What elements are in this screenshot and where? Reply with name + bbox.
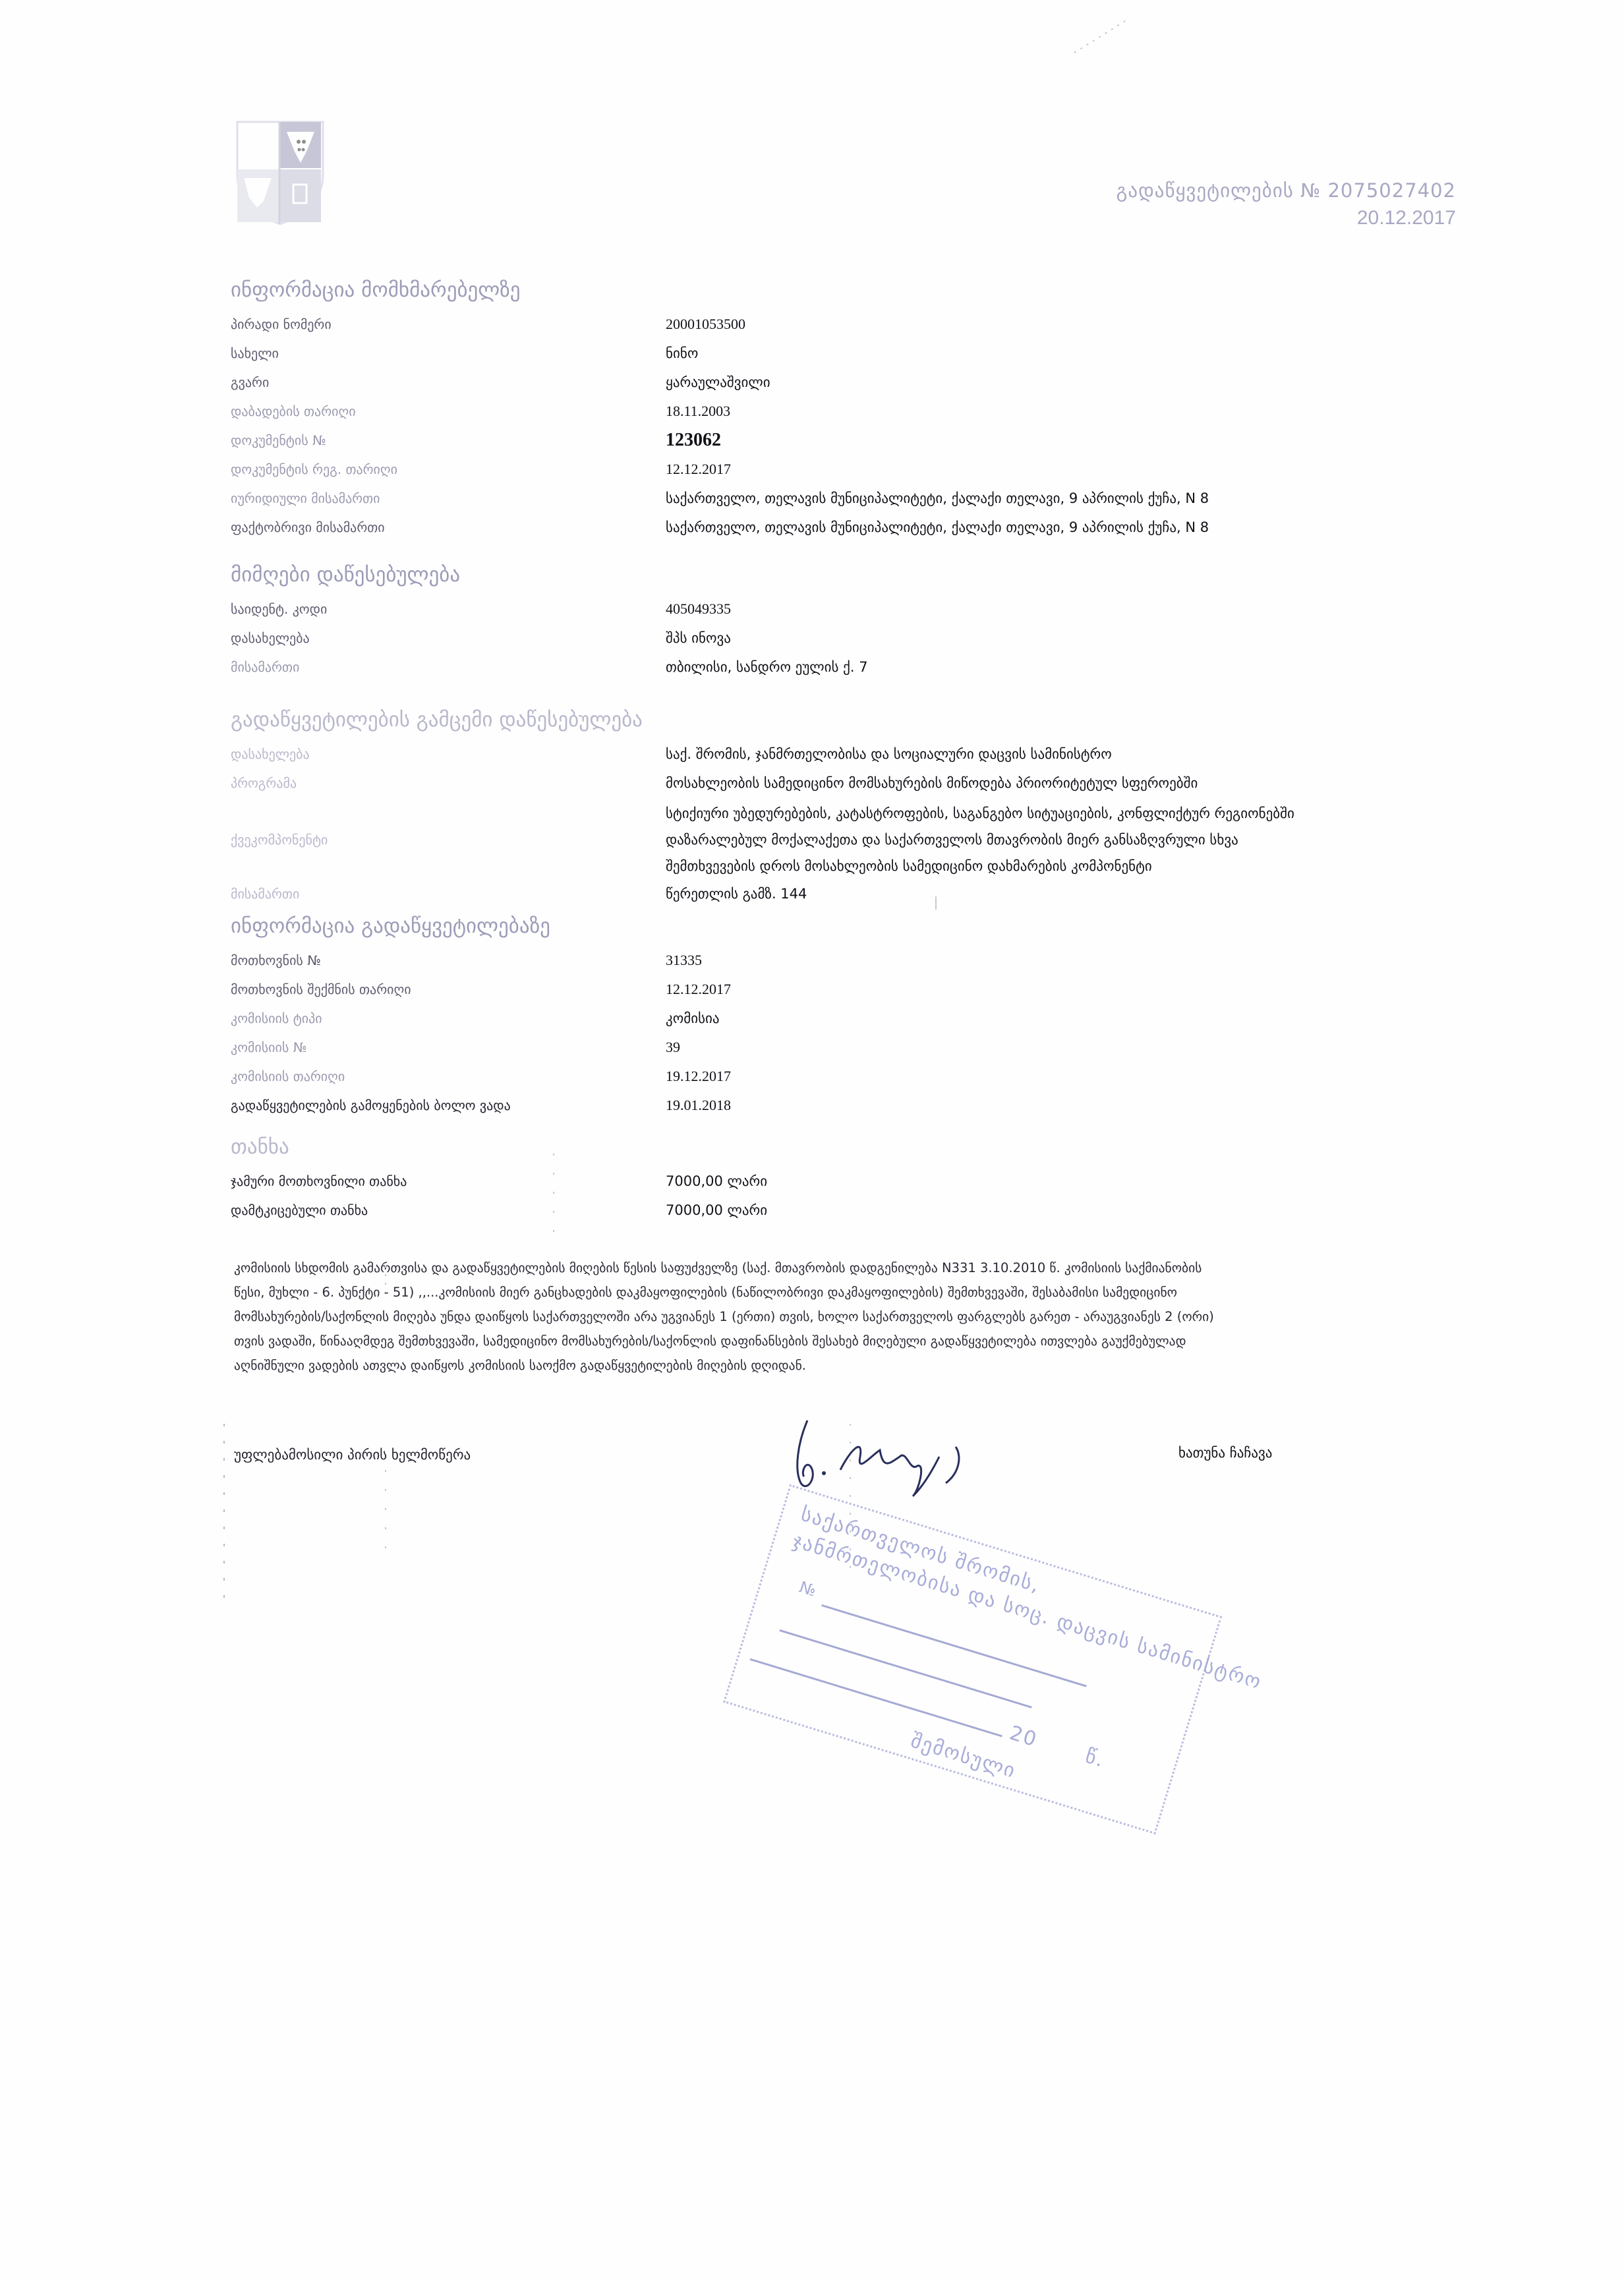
legal-paragraph: კომისიის სხდომის გამართვისა და გადაწყვეტ…: [234, 1256, 1420, 1378]
last-name-value: ყარაულაშვილი: [666, 368, 770, 397]
field-row: მოთხოვნის № 31335: [231, 946, 1417, 975]
subcomponent-line: შემთხვევების დროს მოსახლეობის სამედიცინო…: [666, 853, 1294, 879]
requested-amount-value: 7000,00 ლარი: [666, 1167, 767, 1196]
coat-of-arms-icon: [231, 115, 330, 227]
approved-amount-value: 7000,00 ლარი: [666, 1196, 767, 1225]
provider-section: მიმღები დაწესებულება საიდენტ. კოდი 40504…: [231, 560, 1417, 682]
commission-type-value: კომისია: [666, 1004, 720, 1033]
field-label: დოკუმენტის რეგ. თარიღი: [231, 455, 666, 484]
field-row: დაბადების თარიღი 18.11.2003: [231, 397, 1417, 426]
field-label: პროგრამა: [231, 769, 666, 798]
field-row: დოკუმენტის № 123062: [231, 426, 1417, 455]
legal-line: მომსახურების/საქონლის მიღება უნდა დაიწყო…: [234, 1304, 1420, 1329]
field-label: კომისიის №: [231, 1033, 666, 1062]
subcomponent-line: სტიქიური უბედურებების, კატასტროფების, სა…: [666, 800, 1294, 827]
field-label: მოთხოვნის №: [231, 946, 666, 975]
field-row: დამტკიცებული თანხა 7000,00 ლარი: [231, 1196, 1417, 1225]
legal-line: თვის ვადაში, წინააღმდეგ შემთხვევაში, სამ…: [234, 1329, 1420, 1353]
field-row: მოთხოვნის შექმნის თარიღი 12.12.2017: [231, 975, 1417, 1004]
request-number-value: 31335: [666, 946, 702, 975]
field-label: სახელი: [231, 339, 666, 368]
legal-line: წესი, მუხლი - 6. პუნქტი - 51) ,,...კომის…: [234, 1280, 1420, 1304]
field-label: პირადი ნომერი: [231, 310, 666, 339]
amount-section: თანხა ჯამური მოთხოვნილი თანხა 7000,00 ლა…: [231, 1132, 1417, 1225]
document-number-value: 123062: [666, 426, 721, 455]
field-label: გვარი: [231, 368, 666, 397]
field-row: კომისიის ტიპი კომისია: [231, 1004, 1417, 1033]
field-row: ფაქტობრივი მისამართი საქართველო, თელავის…: [231, 513, 1417, 542]
section-title: თანხა: [231, 1132, 1417, 1161]
field-label: ქვეკომპონენტი: [231, 825, 666, 854]
field-row: ჯამური მოთხოვნილი თანხა 7000,00 ლარი: [231, 1167, 1417, 1196]
field-label: დოკუმენტის №: [231, 426, 666, 455]
field-row: კომისიის თარიღი 19.12.2017: [231, 1062, 1417, 1091]
commission-number-value: 39: [666, 1033, 680, 1062]
field-label: კომისიის თარიღი: [231, 1062, 666, 1091]
legal-line: კომისიის სხდომის გამართვისა და გადაწყვეტ…: [234, 1256, 1420, 1280]
field-label: ფაქტობრივი მისამართი: [231, 513, 666, 542]
decision-header: გადაწყვეტილების № 2075027402 20.12.2017: [1116, 179, 1457, 229]
user-info-section: ინფორმაცია მომხმარებელზე პირადი ნომერი 2…: [231, 276, 1417, 542]
field-row: დასახელება შპს ინოვა: [231, 624, 1417, 653]
section-title: გადაწყვეტილების გამცემი დაწესებულება: [231, 705, 1417, 734]
decision-deadline-value: 19.01.2018: [666, 1091, 731, 1120]
commission-date-value: 19.12.2017: [666, 1062, 731, 1091]
field-row: მისამართი წერეთლის გამზ. 144: [231, 879, 1417, 908]
field-row: იურიდიული მისამართი საქართველო, თელავის …: [231, 484, 1417, 513]
document-reg-date-value: 12.12.2017: [666, 455, 731, 484]
field-label: იურიდიული მისამართი: [231, 484, 666, 513]
signer-name: ხათუნა ჩაჩავა: [1178, 1445, 1272, 1461]
program-value: მოსახლეობის სამედიცინო მომსახურების მიწო…: [666, 769, 1198, 798]
decision-section: ინფორმაცია გადაწყვეტილებაზე მოთხოვნის № …: [231, 912, 1417, 1120]
received-stamp: საქართველოს შრომის, ჯანმრთელობისა და სოც…: [691, 1476, 1206, 1851]
actual-address-value: საქართველო, თელავის მუნიციპალიტეტი, ქალა…: [666, 513, 1209, 542]
field-row: პროგრამა მოსახლეობის სამედიცინო მომსახურ…: [231, 769, 1417, 798]
field-label: მისამართი: [231, 879, 666, 908]
decision-date: 20.12.2017: [1116, 207, 1457, 229]
field-label: დასახელება: [231, 740, 666, 769]
issuer-address-value: წერეთლის გამზ. 144: [666, 879, 807, 908]
first-name-value: ნინო: [666, 339, 698, 368]
subcomponent-line: დაზარალებულ მოქალაქეთა და საქართველოს მთ…: [666, 827, 1294, 853]
provider-id-value: 405049335: [666, 595, 731, 624]
section-title: ინფორმაცია გადაწყვეტილებაზე: [231, 912, 1417, 941]
field-label: მისამართი: [231, 653, 666, 682]
field-row: ქვეკომპონენტი სტიქიური უბედურებების, კატ…: [231, 800, 1417, 879]
field-row: პირადი ნომერი 20001053500: [231, 310, 1417, 339]
request-date-value: 12.12.2017: [666, 975, 731, 1004]
issuer-name-value: საქ. შრომის, ჯანმრთელობისა და სოციალური …: [666, 740, 1112, 769]
decision-number: გადაწყვეტილების № 2075027402: [1116, 179, 1457, 202]
field-row: გვარი ყარაულაშვილი: [231, 368, 1417, 397]
issuer-section: გადაწყვეტილების გამცემი დაწესებულება დას…: [231, 705, 1417, 908]
provider-name-value: შპს ინოვა: [666, 624, 731, 653]
field-row: გადაწყვეტილების გამოყენების ბოლო ვადა 19…: [231, 1091, 1417, 1120]
field-label: დასახელება: [231, 624, 666, 653]
field-label: დამტკიცებული თანხა: [231, 1196, 666, 1225]
signature-label: უფლებამოსილი პირის ხელმოწერა: [234, 1447, 471, 1463]
field-label: მოთხოვნის შექმნის თარიღი: [231, 975, 666, 1004]
field-label: კომისიის ტიპი: [231, 1004, 666, 1033]
field-row: კომისიის № 39: [231, 1033, 1417, 1062]
document-page: გადაწყვეტილების № 2075027402 20.12.2017 …: [0, 0, 1624, 2278]
section-title: ინფორმაცია მომხმარებელზე: [231, 276, 1417, 305]
field-label: ჯამური მოთხოვნილი თანხა: [231, 1167, 666, 1196]
personal-number-value: 20001053500: [666, 310, 745, 339]
field-label: დაბადების თარიღი: [231, 397, 666, 426]
legal-line: აღნიშნული ვადების ათვლა დაიწყოს კომისიის…: [234, 1353, 1420, 1378]
field-row: დოკუმენტის რეგ. თარიღი 12.12.2017: [231, 455, 1417, 484]
field-label: გადაწყვეტილების გამოყენების ბოლო ვადა: [231, 1091, 666, 1120]
birth-date-value: 18.11.2003: [666, 397, 730, 426]
field-row: საიდენტ. კოდი 405049335: [231, 595, 1417, 624]
section-title: მიმღები დაწესებულება: [231, 560, 1417, 589]
legal-address-value: საქართველო, თელავის მუნიციპალიტეტი, ქალა…: [666, 484, 1209, 513]
field-row: დასახელება საქ. შრომის, ჯანმრთელობისა და…: [231, 740, 1417, 769]
field-row: სახელი ნინო: [231, 339, 1417, 368]
subcomponent-value: სტიქიური უბედურებების, კატასტროფების, სა…: [666, 800, 1294, 879]
field-row: მისამართი თბილისი, სანდრო ეულის ქ. 7: [231, 653, 1417, 682]
field-label: საიდენტ. კოდი: [231, 595, 666, 624]
provider-address-value: თბილისი, სანდრო ეულის ქ. 7: [666, 653, 868, 682]
